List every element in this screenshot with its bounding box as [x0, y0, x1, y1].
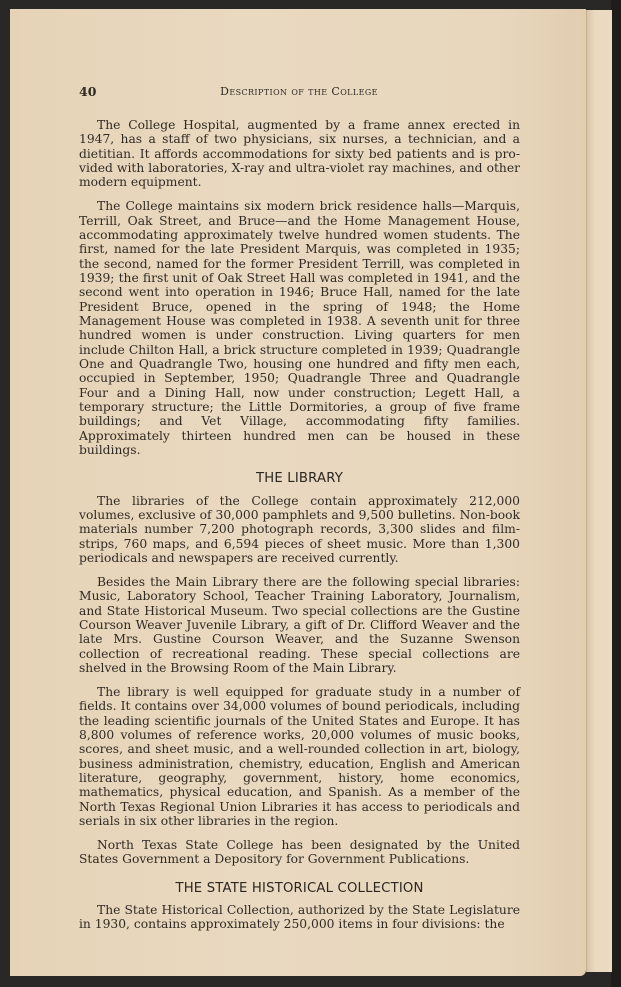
paragraph-depository: North Texas State College has been desig…: [79, 838, 520, 867]
paragraph-graduate-study: The library is well equipped for graduat…: [79, 685, 520, 828]
page-body: The College Hospital, augmented by a fra…: [79, 118, 520, 941]
scan-background-edge: [611, 0, 621, 987]
adjacent-page-edge: [586, 10, 612, 972]
paragraph-library-holdings: The libraries of the College contain app…: [79, 494, 520, 566]
paragraph-residence-halls: The College maintains six modern brick r…: [79, 199, 520, 457]
section-heading-library: THE LIBRARY: [79, 472, 520, 486]
paragraph-special-libraries: Besides the Main Library there are the f…: [79, 575, 520, 675]
paragraph-hospital: The College Hospital, augmented by a fra…: [79, 118, 520, 190]
section-heading-historical-collection: THE STATE HISTORICAL COLLECTION: [79, 882, 520, 896]
running-title: Description of the College: [79, 85, 519, 98]
paragraph-historical-collection: The State Historical Collection, authori…: [79, 903, 520, 932]
